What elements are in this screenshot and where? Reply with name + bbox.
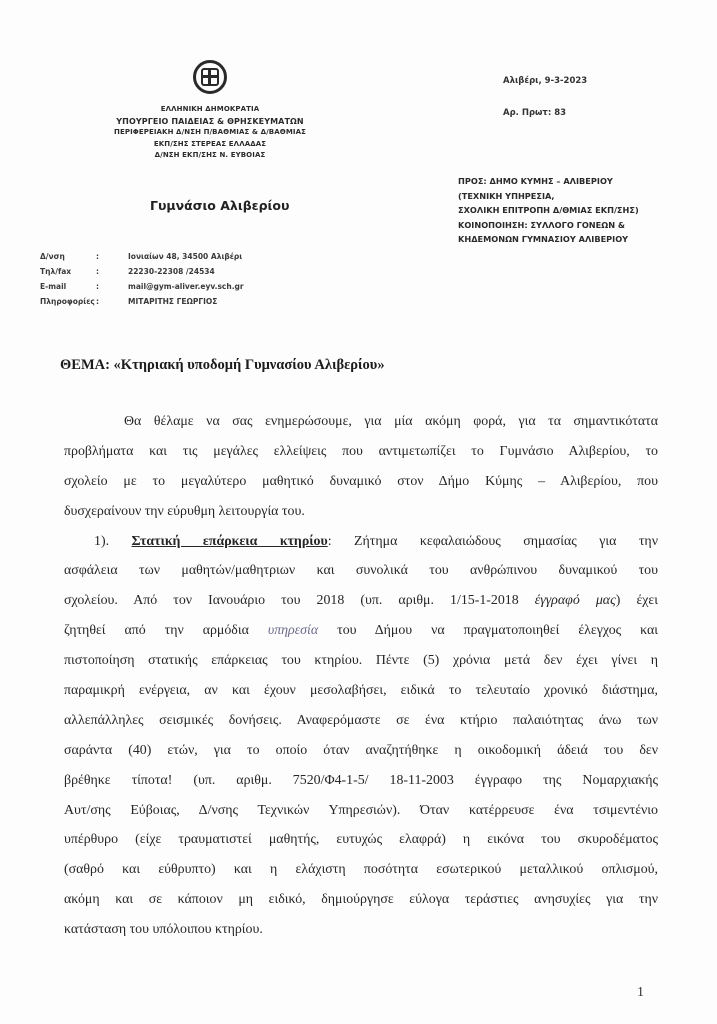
- body-line: ζητηθεί από την αρμόδια υπηρεσία του Δήμ…: [64, 616, 658, 646]
- recipient-line: ΚΗΔΕΜΟΝΩΝ ΓΥΜΝΑΣΙΟΥ ΑΛΙΒΕΡΙΟΥ: [458, 232, 639, 247]
- contact-colon: :: [96, 297, 99, 306]
- contact-colon: :: [96, 252, 99, 261]
- body-line: αλλεπάλληλες σεισμικές δονήσεις. Αναφερό…: [64, 706, 658, 736]
- body-line: υπέρθυρο (είχε τραυματιστεί μαθητής, ευτ…: [64, 825, 658, 855]
- recipient-line: ΠΡΟΣ: ΔΗΜΟ ΚΥΜΗΣ – ΑΛΙΒΕΡΙΟΥ: [458, 174, 639, 189]
- letterhead-line: ΕΚΠ/ΣΗΣ ΣΤΕΡΕΑΣ ΕΛΛΑΔΑΣ: [100, 139, 320, 151]
- body-line: προβλήματα και τις μεγάλες ελλείψεις που…: [64, 437, 658, 467]
- contact-label: Τηλ/fax: [40, 267, 71, 276]
- recipient-line: (ΤΕΧΝΙΚΗ ΥΠΗΡΕΣΙΑ,: [458, 189, 639, 204]
- point-heading: Στατική επάρκεια κτηρίου: [132, 534, 328, 549]
- text-run: ) έχει: [616, 593, 658, 608]
- body-line: βρέθηκε τίποτα! (υπ. αριθμ. 7520/Φ4-1-5/…: [64, 766, 658, 796]
- contact-row-email: E-mail : mail@gym-aliver.eyv.sch.gr: [40, 282, 360, 297]
- body-line: σχολείο με το μεγαλύτερο μαθητικό δυναμι…: [64, 467, 658, 497]
- recipients-block: ΠΡΟΣ: ΔΗΜΟ ΚΥΜΗΣ – ΑΛΙΒΕΡΙΟΥ (ΤΕΧΝΙΚΗ ΥΠ…: [458, 174, 639, 247]
- letterhead-line: ΕΛΛΗΝΙΚΗ ΔΗΜΟΚΡΑΤΙΑ: [100, 104, 320, 116]
- text-run: ζητηθεί από την αρμόδια: [64, 623, 268, 638]
- contact-colon: :: [96, 282, 99, 291]
- body-line: ακόμη και σε κάποιον μη ειδικό, δημιούργ…: [64, 885, 658, 915]
- body-line: παραμικρή ενέργεια, αν και έχουν μεσολαβ…: [64, 676, 658, 706]
- recipient-line: ΚΟΙΝΟΠΟΙΗΣΗ: ΣΥΛΛΟΓΟ ΓΟΝΕΩΝ &: [458, 218, 639, 233]
- body-line: ασφάλεια των μαθητών/μαθητριων και συνολ…: [64, 556, 658, 586]
- text-run: του Δήμου να πραγματοποιηθεί έλεγχος και: [318, 623, 658, 638]
- contact-value: mail@gym-aliver.eyv.sch.gr: [128, 282, 244, 291]
- body-line: σαράντα (40) ετών, για το οποίο όταν ανα…: [64, 736, 658, 766]
- greek-coat-of-arms-icon: [193, 60, 227, 94]
- letter-date: Αλιβέρι, 9-3-2023: [503, 76, 587, 86]
- letterhead-line: ΥΠΟΥΡΓΕΙΟ ΠΑΙΔΕΙΑΣ & ΘΡΗΣΚΕΥΜΑΤΩΝ: [100, 116, 320, 128]
- body-line: (σαθρό και εύθρυπτο) και η ελάχιστη ποσό…: [64, 855, 658, 885]
- body-line: Αυτ/σης Εύβοιας, Δ/νσης Τεχνικών Υπηρεσι…: [64, 796, 658, 826]
- recipient-line: ΣΧΟΛΙΚΗ ΕΠΙΤΡΟΠΗ Δ/ΘΜΙΑΣ ΕΚΠ/ΣΗΣ): [458, 203, 639, 218]
- point1-first-line: 1). Στατική επάρκεια κτηρίου: Ζήτημα κεφ…: [64, 527, 658, 557]
- contact-value: Ιονιαίων 48, 34500 Αλιβέρι: [128, 252, 242, 261]
- text-run: σχολείου. Από τον Ιανουάριο του 2018 (υπ…: [64, 593, 535, 608]
- contact-value: ΜΙΤΑΡΙΤΗΣ ΓΕΩΡΓΙΟΣ: [128, 297, 217, 306]
- body-line: δυσχεραίνουν την εύρυθμη λειτουργία του.: [64, 497, 658, 527]
- body-line: σχολείου. Από τον Ιανουάριο του 2018 (υπ…: [64, 586, 658, 616]
- body-line: κατάσταση του υπόλοιπου κτηρίου.: [64, 915, 658, 945]
- contact-colon: :: [96, 267, 99, 276]
- body-line: Θα θέλαμε να σας ενημερώσουμε, για μία α…: [64, 407, 658, 437]
- school-name: Γυμνάσιο Αλιβερίου: [150, 198, 289, 213]
- contact-details: Δ/νση : Ιονιαίων 48, 34500 Αλιβέρι Τηλ/f…: [40, 252, 360, 312]
- body-line: πιστοποίηση στατικής επάρκειας του κτηρί…: [64, 646, 658, 676]
- protocol-number: Αρ. Πρωτ: 83: [503, 108, 566, 118]
- contact-row-address: Δ/νση : Ιονιαίων 48, 34500 Αλιβέρι: [40, 252, 360, 267]
- contact-label: E-mail: [40, 282, 66, 291]
- point-text: : Ζήτημα κεφαλαιώδους σημασίας για την: [328, 534, 658, 549]
- letter-body: Θα θέλαμε να σας ενημερώσουμε, για μία α…: [64, 407, 658, 945]
- text-run-faint: υπηρεσία: [268, 623, 318, 638]
- point-number: 1).: [94, 534, 109, 549]
- contact-label: Πληροφορίες: [40, 297, 95, 306]
- letter-page: ΕΛΛΗΝΙΚΗ ΔΗΜΟΚΡΑΤΙΑ ΥΠΟΥΡΓΕΙΟ ΠΑΙΔΕΙΑΣ &…: [0, 0, 717, 1024]
- letter-subject: ΘΕΜΑ: «Κτηριακή υποδομή Γυμνασίου Αλιβερ…: [60, 357, 385, 374]
- page-number: 1: [637, 985, 644, 1001]
- letterhead-line: ΠΕΡΙΦΕΡΕΙΑΚΗ Δ/ΝΣΗ Π/ΒΑΘΜΙΑΣ & Δ/ΒΑΘΜΙΑΣ: [100, 127, 320, 139]
- letterhead-line: Δ/ΝΣΗ ΕΚΠ/ΣΗΣ Ν. ΕΥΒΟΙΑΣ: [100, 150, 320, 162]
- contact-row-phone: Τηλ/fax : 22230-22308 /24534: [40, 267, 360, 282]
- text-run-italic: έγγραφό μας: [535, 593, 616, 608]
- contact-label: Δ/νση: [40, 252, 65, 261]
- contact-row-info: Πληροφορίες : ΜΙΤΑΡΙΤΗΣ ΓΕΩΡΓΙΟΣ: [40, 297, 360, 312]
- contact-value: 22230-22308 /24534: [128, 267, 215, 276]
- ministry-letterhead: ΕΛΛΗΝΙΚΗ ΔΗΜΟΚΡΑΤΙΑ ΥΠΟΥΡΓΕΙΟ ΠΑΙΔΕΙΑΣ &…: [100, 104, 320, 162]
